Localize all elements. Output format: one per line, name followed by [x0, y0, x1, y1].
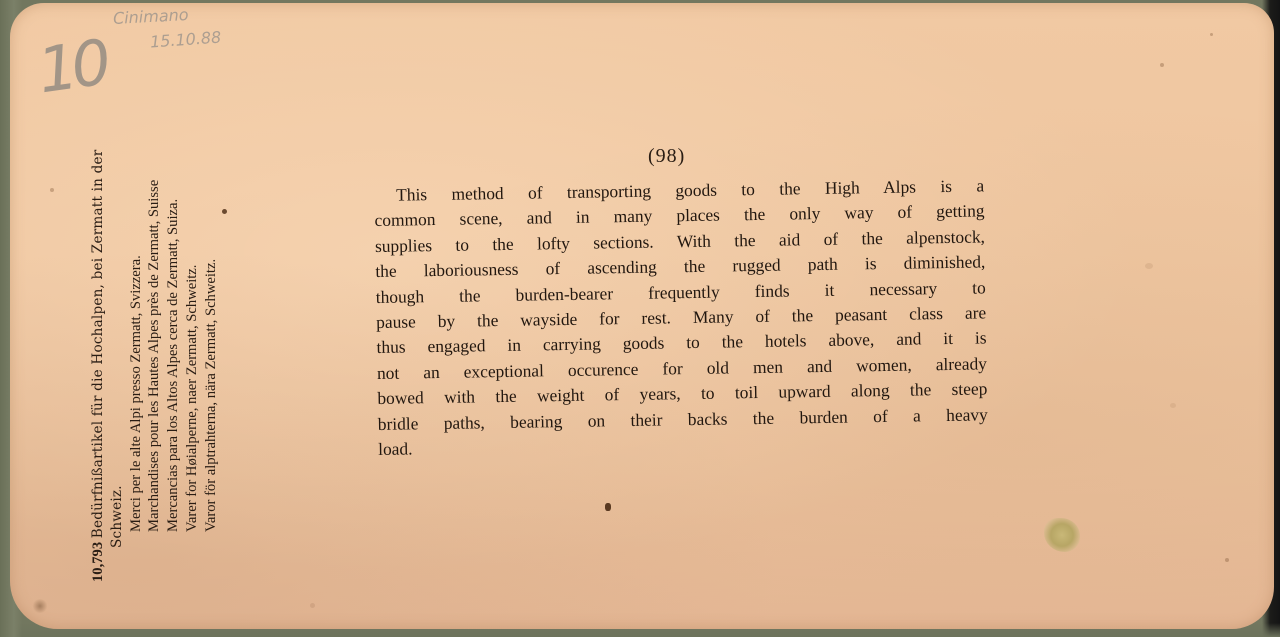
- ink-spot: [605, 503, 611, 511]
- ink-spot: [222, 209, 227, 214]
- caption-german-cont: Schweiz.: [108, 92, 127, 582]
- page-number: (98): [648, 145, 685, 168]
- paper-speck: [50, 188, 54, 192]
- caption-spanish: Mercancias para los Altos Alpes cerca de…: [164, 92, 183, 582]
- caption-italian: Merci per le alte Alpi presso Zermatt, S…: [127, 92, 146, 582]
- paper-speck: [310, 603, 315, 608]
- description-paragraph: This method of transporting goods to the…: [374, 173, 988, 462]
- caption-swedish: Varor för alptrahterna, nära Zermatt, Sc…: [202, 92, 221, 582]
- paper-speck: [1225, 558, 1229, 562]
- paper-speck: [1160, 63, 1164, 67]
- catalog-number: 10,793: [90, 542, 106, 582]
- pencil-name: Cinimano: [113, 5, 189, 28]
- caption-german: Bedürfnißartikel für die Hochalpen, bei …: [90, 149, 106, 538]
- corner-stain: [32, 599, 48, 613]
- caption-line-german: 10,793 Bedürfnißartikel für die Hochalpe…: [89, 92, 108, 582]
- caption-french: Marchandises pour les Hautes Alpes près …: [145, 92, 164, 582]
- multilingual-caption: 10,793 Bedürfnißartikel für die Hochalpe…: [89, 92, 221, 582]
- paper-speck: [1210, 33, 1213, 36]
- paper-speck: [1170, 403, 1176, 408]
- paper-stain: [1044, 518, 1080, 552]
- paper-speck: [1145, 263, 1153, 269]
- caption-norwegian: Varer for Høialperne, naer Zermatt, Schw…: [183, 92, 202, 582]
